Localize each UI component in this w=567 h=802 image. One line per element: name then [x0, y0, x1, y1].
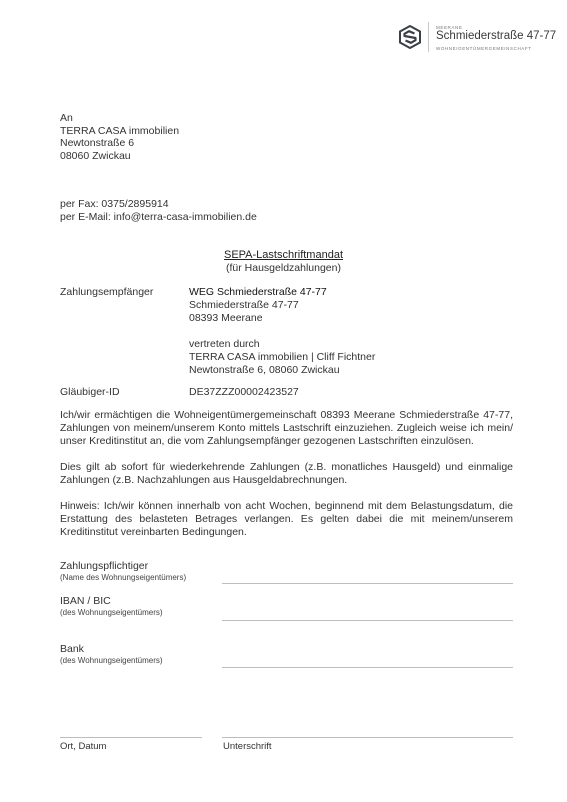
contact-block: per Fax: 0375/2895914 per E-Mail: info@t… — [60, 198, 257, 223]
payee-city: 08393 Meerane — [189, 312, 375, 325]
signature-field[interactable] — [222, 737, 513, 738]
iban-label: IBAN / BIC — [60, 595, 111, 607]
fax-line: per Fax: 0375/2895914 — [60, 198, 257, 211]
signature-label: Unterschrift — [223, 741, 272, 752]
validity-paragraph: Dies gilt ab sofort für wiederkehrende Z… — [60, 461, 513, 487]
iban-sublabel: (des Wohnungseigentümers) — [60, 608, 163, 617]
recipient-line: 08060 Zwickau — [60, 150, 179, 163]
recipient-address: An TERRA CASA immobilien Newtonstraße 6 … — [60, 112, 179, 162]
email-line: per E-Mail: info@terra-casa-immobilien.d… — [60, 211, 257, 224]
bank-label: Bank — [60, 643, 84, 655]
payer-label: Zahlungspflichtiger — [60, 560, 148, 572]
represented-address: Newtonstraße 6, 08060 Zwickau — [189, 364, 375, 377]
bank-sublabel: (des Wohnungseigentümers) — [60, 656, 163, 665]
payee-label: Zahlungsempfänger — [60, 286, 153, 299]
represented-by: TERRA CASA immobilien | Cliff Fichtner — [189, 351, 375, 364]
iban-bic-field[interactable] — [222, 620, 513, 621]
recipient-line: TERRA CASA immobilien — [60, 125, 179, 138]
document-title: SEPA-Lastschriftmandat — [0, 249, 567, 261]
creditor-id-value: DE37ZZZ00002423527 — [189, 386, 299, 399]
hexagon-s-logo-icon — [398, 25, 422, 49]
recipient-line: Newtonstraße 6 — [60, 137, 179, 150]
payer-name-field[interactable] — [222, 583, 513, 584]
bank-field[interactable] — [222, 667, 513, 668]
notice-paragraph: Hinweis: Ich/wir können innerhalb von ac… — [60, 500, 513, 539]
logo-subtitle: WOHNEIGENTÜMERGEMEINSCHAFT — [436, 46, 532, 51]
header-logo: MEERANE Schmiederstraße 47-77 WOHNEIGENT… — [398, 22, 558, 52]
payee-block: WEG Schmiederstraße 47-77 Schmiederstraß… — [189, 286, 375, 377]
logo-divider — [428, 22, 429, 52]
place-date-label: Ort, Datum — [60, 741, 106, 752]
recipient-line: An — [60, 112, 179, 125]
payee-street: Schmiederstraße 47-77 — [189, 299, 375, 312]
creditor-id-label: Gläubiger-ID — [60, 386, 120, 399]
logo-name: Schmiederstraße 47-77 — [436, 30, 556, 42]
document-subtitle: (für Hausgeldzahlungen) — [0, 262, 567, 274]
payee-name: WEG Schmiederstraße 47-77 — [189, 286, 375, 299]
payer-sublabel: (Name des Wohnungseigentümers) — [60, 573, 186, 582]
authorization-paragraph: Ich/wir ermächtigen die Wohneigentümerge… — [60, 409, 513, 448]
place-date-field[interactable] — [60, 737, 202, 738]
represented-label: vertreten durch — [189, 338, 375, 351]
